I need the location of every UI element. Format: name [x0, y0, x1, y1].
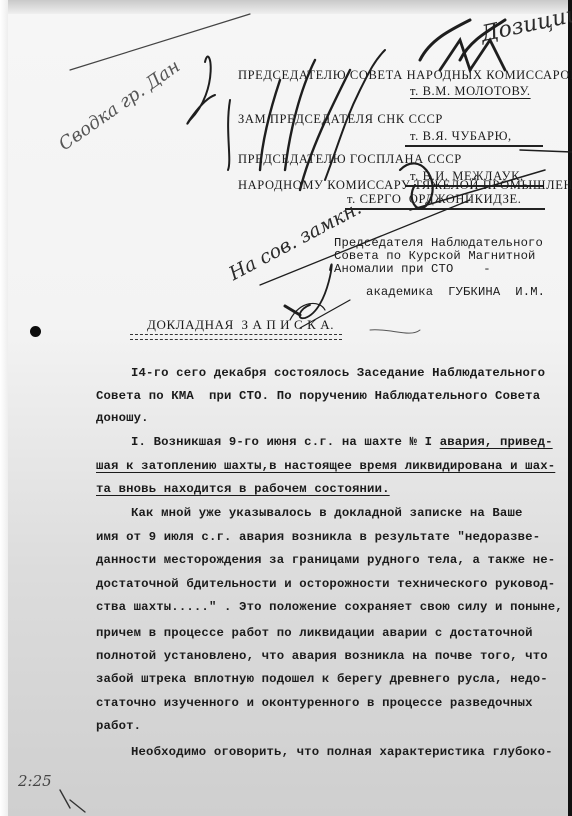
handwritten-page-number: 2:25	[18, 772, 52, 790]
p2-lead: I. Возникшая 9-го июня с.г. на шахте № I	[131, 435, 440, 449]
document-page: ПРЕДСЕДАТЕЛЮ СОВЕТА НАРОДНЫХ КОМИССАРОВ …	[0, 0, 572, 816]
p3-line-5: ства шахты....." . Это положение сохраня…	[96, 600, 563, 614]
addressee-4-title: НАРОДНОМУ КОМИССАРУ ТЯЖЕЛОЙ ПРОМЫШЛЕННОС…	[238, 178, 572, 193]
addressee-4-name: т. СЕРГО ОРДЖОНИКИДЗЕ.	[347, 192, 521, 207]
addressee-1-name: т. В.М. МОЛОТОВУ.	[410, 84, 531, 99]
p4-line-1: Необходимо оговорить, что полная характе…	[131, 745, 553, 759]
sender-line-2: Совета по Курской Магнитной	[334, 249, 536, 263]
p3-line-8: забой штрека вплотную подошел к берегу д…	[96, 672, 548, 686]
p3-line-6: причем в процессе работ по ликвидации ав…	[96, 626, 533, 640]
p3-line-4: достаточной бдительности и осторожности …	[96, 577, 555, 591]
p2-underlined-1: авария, привед-	[440, 435, 553, 449]
title-double-underline	[130, 334, 342, 340]
underline	[405, 145, 543, 147]
p3-line-1: Как мной уже указывалось в докладной зап…	[131, 506, 523, 520]
p2-line-1: I. Возникшая 9-го июня с.г. на шахте № I…	[131, 435, 553, 449]
p2-line-2: шая к затоплению шахты,в настоящее время…	[96, 459, 555, 473]
p3-line-10: работ.	[96, 719, 141, 733]
punch-hole-mark	[30, 326, 41, 337]
underline	[345, 208, 545, 210]
handwritten-top-right: Дозиции	[479, 2, 572, 47]
document-title: ДОКЛАДНАЯ З А П И С К А.	[147, 317, 334, 333]
handwritten-left-note: Сводка гр. Дан	[55, 56, 184, 155]
addressee-2-title: ЗАМ.ПРЕДСЕДАТЕЛЯ СНК СССР	[238, 112, 443, 127]
sender-name: академика ГУБКИНА И.М.	[366, 285, 545, 299]
sender-line-3: Аномалии при СТО -	[334, 262, 491, 276]
p3-line-3: данности месторождения за границами рудн…	[96, 553, 555, 567]
p2-line-3: та вновь находится в рабочем состоянии.	[96, 482, 390, 496]
p3-line-2: имя от 9 июля с.г. авария возникла в рез…	[96, 530, 540, 544]
p1-line-2: Совета по КМА при СТО. По поручению Набл…	[96, 389, 540, 403]
p3-line-7: полнотой установлено, что авария возникл…	[96, 649, 548, 663]
addressee-2-name: т. В.Я. ЧУБАРЮ,	[410, 129, 512, 144]
scan-right-edge	[568, 0, 572, 816]
p1-line-1: I4-го сего декабря состоялось Заседание …	[131, 366, 545, 380]
p3-line-9: статочно изученного и оконтуренного в пр…	[96, 696, 533, 710]
scan-left-edge	[0, 0, 8, 816]
addressee-3-title: ПРЕДСЕДАТЕЛЮ ГОСПЛАНА СССР	[238, 152, 462, 167]
p1-line-3: доношу.	[96, 411, 149, 425]
addressee-1-title: ПРЕДСЕДАТЕЛЮ СОВЕТА НАРОДНЫХ КОМИССАРОВ	[238, 68, 572, 83]
sender-line-1: Председателя Наблюдательного	[334, 236, 543, 250]
